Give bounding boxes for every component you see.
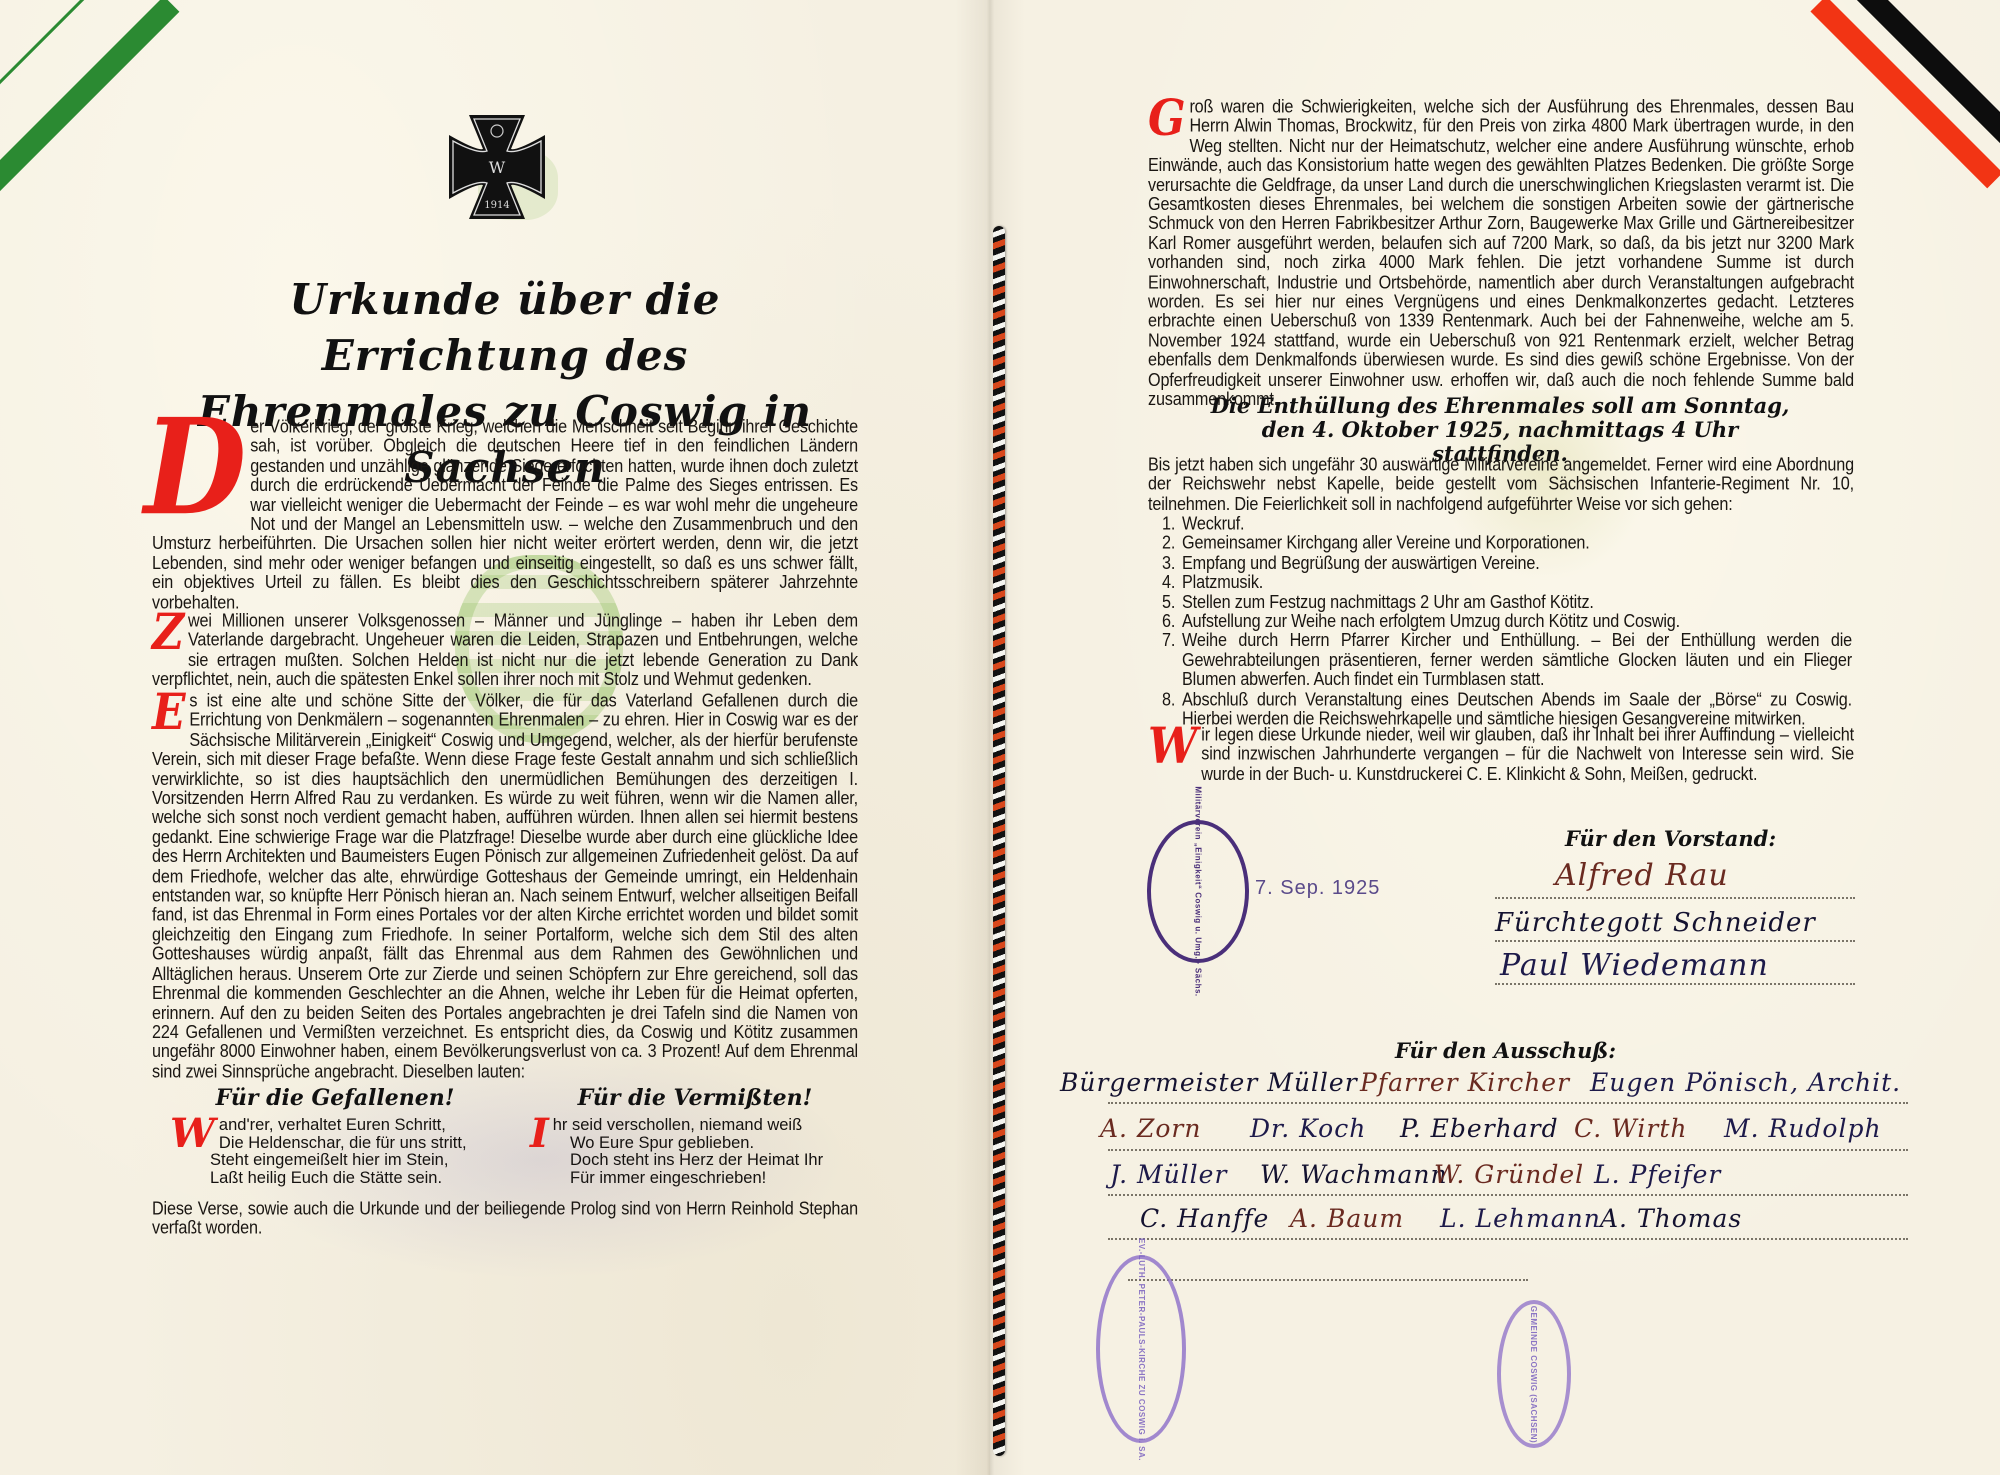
signature-line — [1128, 1279, 1528, 1281]
paragraph-war: D er Völkerkrieg, der größte Krieg, welc… — [152, 418, 858, 613]
program-item-number: 2. — [1162, 534, 1178, 553]
authorship-note: Diese Verse, sowie auch die Urkunde und … — [152, 1200, 858, 1239]
drop-cap-initial: E — [152, 692, 185, 735]
signature-ausschuss: A. Zorn — [1100, 1114, 1201, 1143]
signature-ausschuss: C. Wirth — [1574, 1114, 1687, 1143]
paragraph-text: er Völkerkrieg, der größte Krieg, welche… — [152, 417, 858, 613]
ceremony-program: 1.Weckruf.2.Gemeinsamer Kirchgang aller … — [1162, 515, 1852, 729]
drop-cap-initial: G — [1148, 98, 1185, 141]
paragraph-deposit: W ir legen diese Urkunde nieder, weil wi… — [1148, 726, 1854, 784]
signature-line — [1495, 897, 1855, 899]
paragraph-text: wei Millionen unserer Volksgenossen – Mä… — [152, 611, 858, 690]
signature-ausschuss: L. Lehmann — [1440, 1204, 1601, 1233]
signature-ausschuss: A. Thomas — [1600, 1204, 1742, 1233]
program-item: 7.Weihe durch Herrn Pfarrer Kircher und … — [1162, 632, 1852, 690]
title-line-1: Urkunde über die Errichtung des — [150, 272, 860, 384]
iron-cross-icon: W 1914 — [447, 113, 547, 221]
signature-ausschuss: P. Eberhard — [1400, 1114, 1559, 1143]
stamp-text: EV.-LUTH. PETER-PAULS-KIRCHE ZU COSWIG i… — [1137, 1238, 1146, 1461]
verse-line: Doch steht ins Herz der Heimat Ihr — [530, 1152, 860, 1170]
signature-ausschuss: Pfarrer Kircher — [1360, 1068, 1570, 1097]
paragraph-text: ir legen diese Urkunde nieder, weil wir … — [1201, 725, 1854, 784]
verse-line: Für immer eingeschrieben! — [530, 1170, 860, 1188]
signature-ausschuss: Dr. Koch — [1250, 1114, 1366, 1143]
drop-cap-initial: Z — [152, 612, 184, 655]
program-item-number: 7. — [1162, 632, 1178, 690]
program-item-text: Stellen zum Festzug nachmittags 2 Uhr am… — [1178, 593, 1594, 612]
date-stamp: 7. Sep. 1925 — [1255, 877, 1380, 900]
verse-heading: Für die Vermißten! — [530, 1085, 860, 1111]
program-item: 4.Platzmusik. — [1162, 573, 1852, 592]
signature-vorstand: Paul Wiedemann — [1500, 948, 1769, 983]
stamp-text: GEMEINDE COSWIG (SACHSEN) — [1530, 1305, 1539, 1442]
verse-line: and'rer, verhaltet Euren Schritt, — [170, 1117, 500, 1135]
paragraph-participants: Bis jetzt haben sich ungefähr 30 auswärt… — [1148, 456, 1854, 514]
signature-ausschuss: W. Wachmann — [1260, 1160, 1448, 1189]
drop-cap-initial: W — [1148, 726, 1197, 769]
signature-ausschuss: A. Baum — [1290, 1204, 1404, 1233]
signature-line — [1108, 1194, 1908, 1196]
program-item-text: Abschluß durch Veranstaltung eines Deuts… — [1178, 690, 1852, 729]
program-item-text: Empfang und Begrüßung der auswärtigen Ve… — [1178, 554, 1540, 573]
signature-ausschuss: W. Gründel — [1434, 1160, 1584, 1189]
announcement-line-1: Die Enthüllung des Ehrenmales soll am So… — [1200, 394, 1800, 418]
program-item-text: Weihe durch Herrn Pfarrer Kircher und En… — [1178, 632, 1852, 690]
verse-line: Die Heldenschar, die für uns stritt, — [170, 1135, 500, 1153]
binding-cord — [993, 226, 1005, 1456]
program-item-number: 3. — [1162, 554, 1178, 573]
center-fold — [955, 0, 1025, 1475]
verse-missing: Für die Vermißten! I hr seid verschollen… — [530, 1085, 860, 1187]
ausschuss-heading: Für den Ausschuß: — [1395, 1038, 1616, 1063]
program-item-number: 6. — [1162, 612, 1178, 631]
program-item-text: Weckruf. — [1178, 515, 1244, 534]
militaerverein-stamp: Militärverein „Einigkeit“ Coswig u. Umg.… — [1147, 820, 1249, 963]
paragraph-memorial: E s ist eine alte und schöne Sitte der V… — [152, 692, 858, 1082]
verse-line: Wo Eure Spur geblieben. — [530, 1135, 860, 1153]
signature-line — [1495, 940, 1855, 942]
signature-vorstand: Fürchtegott Schneider — [1495, 908, 1816, 938]
verse-line: Steht eingemeißelt hier im Stein, — [170, 1152, 500, 1170]
program-item-text: Aufstellung zur Weihe nach erfolgtem Umz… — [1178, 612, 1680, 631]
municipality-stamp: GEMEINDE COSWIG (SACHSEN) — [1497, 1300, 1571, 1448]
drop-cap-initial: D — [144, 414, 246, 522]
drop-cap-initial: W — [170, 1117, 215, 1151]
signature-ausschuss: L. Pfeifer — [1594, 1160, 1721, 1189]
signature-ausschuss: Eugen Pönisch, Archit. — [1590, 1068, 1901, 1097]
verse-fallen: Für die Gefallenen! W and'rer, verhaltet… — [170, 1085, 500, 1187]
signature-ausschuss: Bürgermeister Müller — [1060, 1068, 1358, 1097]
paragraph-text: roß waren die Schwierigkeiten, welche si… — [1148, 97, 1854, 410]
verse-line: Laßt heilig Euch die Stätte sein. — [170, 1170, 500, 1188]
svg-text:1914: 1914 — [484, 200, 509, 211]
paragraph-difficulties: G roß waren die Schwierigkeiten, welche … — [1148, 98, 1854, 410]
signature-line — [1108, 1149, 1908, 1151]
paragraph-text: s ist eine alte und schöne Sitte der Völ… — [152, 691, 858, 1082]
program-item: 1.Weckruf. — [1162, 515, 1852, 534]
program-item: 6.Aufstellung zur Weihe nach erfolgtem U… — [1162, 612, 1852, 631]
program-item: 5.Stellen zum Festzug nachmittags 2 Uhr … — [1162, 593, 1852, 612]
vorstand-heading: Für den Vorstand: — [1565, 826, 1776, 851]
program-item-number: 5. — [1162, 593, 1178, 612]
verse-heading: Für die Gefallenen! — [170, 1085, 500, 1111]
program-item-number: 1. — [1162, 515, 1178, 534]
drop-cap-initial: I — [530, 1117, 549, 1151]
signature-ausschuss: J. Müller — [1110, 1160, 1227, 1189]
signature-line — [1495, 983, 1855, 985]
signature-ausschuss: C. Hanffe — [1140, 1204, 1269, 1233]
program-item-text: Platzmusik. — [1178, 573, 1263, 592]
program-item: 2.Gemeinsamer Kirchgang aller Vereine un… — [1162, 534, 1852, 553]
verse-line: hr seid verschollen, niemand weiß — [530, 1117, 860, 1135]
church-stamp: EV.-LUTH. PETER-PAULS-KIRCHE ZU COSWIG i… — [1096, 1255, 1186, 1443]
signature-ausschuss: M. Rudolph — [1724, 1114, 1882, 1143]
program-item-number: 4. — [1162, 573, 1178, 592]
program-item-text: Gemeinsamer Kirchgang aller Vereine und … — [1178, 534, 1590, 553]
signature-vorstand: Alfred Rau — [1555, 858, 1729, 893]
program-item: 8.Abschluß durch Veranstaltung eines Deu… — [1162, 690, 1852, 729]
signature-line — [1108, 1102, 1908, 1104]
program-item: 3.Empfang und Begrüßung der auswärtigen … — [1162, 554, 1852, 573]
signature-line — [1108, 1238, 1908, 1240]
paragraph-fallen: Z wei Millionen unserer Volksgenossen – … — [152, 612, 858, 690]
stamp-text: Militärverein „Einigkeit“ Coswig u. Umg.… — [1194, 786, 1203, 996]
svg-text:W: W — [489, 158, 506, 177]
